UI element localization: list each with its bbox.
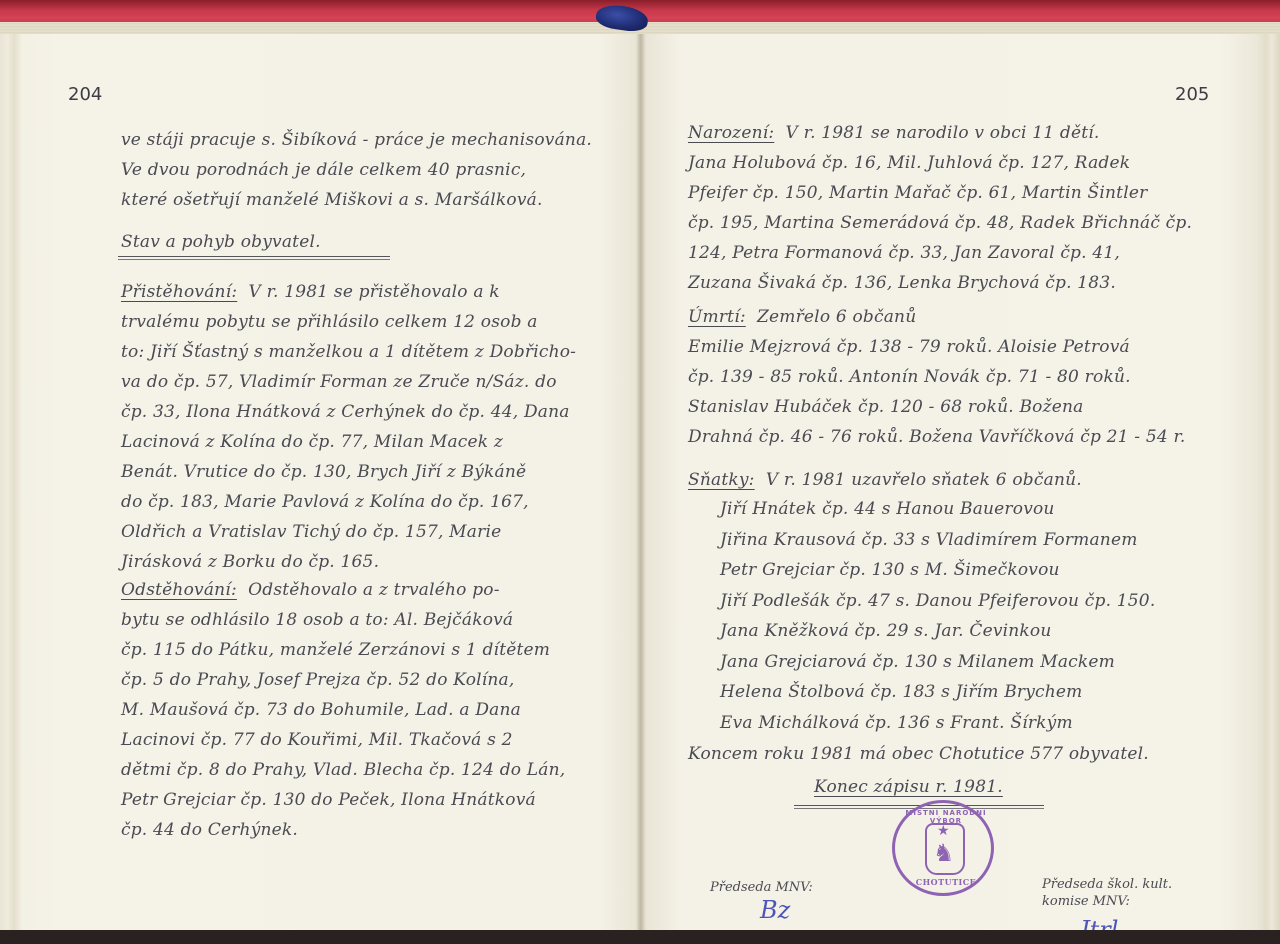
emigration-first-line: Odstěhování: Odstěhovalo a z trvalého po… bbox=[121, 575, 565, 605]
list-item: Jiřina Krausová čp. 33 s Vladimírem Form… bbox=[720, 525, 1155, 556]
right-page: 205 Narození: V r. 1981 se narodilo v ob… bbox=[640, 34, 1280, 932]
immigration-section: Přistěhování: V r. 1981 se přistěhovalo … bbox=[121, 277, 576, 577]
text-line: ve stáji pracuje s. Šibíková - práce je … bbox=[121, 125, 592, 155]
label-line: Předseda škol. kult. bbox=[1042, 876, 1172, 893]
section-title: Stav a pohyb obyvatel. bbox=[121, 227, 321, 257]
text-line: Jana Holubová čp. 16, Mil. Juhlová čp. 1… bbox=[688, 148, 1192, 178]
immigration-first-line: Přistěhování: V r. 1981 se přistěhovalo … bbox=[121, 277, 576, 307]
official-stamp: MÍSTNÍ NÁRODNÍ VÝBOR ★ ♞ CHOTUTICE bbox=[892, 800, 994, 896]
section-title-text: Stav a pohyb obyvatel. bbox=[121, 232, 321, 252]
book-gutter bbox=[636, 34, 646, 932]
text-line: čp. 139 - 85 roků. Antonín Novák čp. 71 … bbox=[688, 362, 1186, 392]
list-item: Jiří Hnátek čp. 44 s Hanou Bauerovou bbox=[720, 494, 1155, 525]
chair-signature: Bz bbox=[760, 896, 790, 924]
births-section: Narození: V r. 1981 se narodilo v obci 1… bbox=[688, 118, 1192, 298]
text-line: M. Maušová čp. 73 do Bohumile, Lad. a Da… bbox=[121, 695, 565, 725]
text-line: Zuzana Šivaká čp. 136, Lenka Brychová čp… bbox=[688, 268, 1192, 298]
star-icon: ★ bbox=[937, 823, 950, 839]
title-double-underline bbox=[118, 256, 390, 260]
marriages-heading: Sňatky: bbox=[688, 470, 755, 490]
label-line: komise MNV: bbox=[1042, 893, 1172, 910]
text-line: va do čp. 57, Vladimír Forman ze Zruče n… bbox=[121, 367, 576, 397]
marriages-list: Jiří Hnátek čp. 44 s Hanou Bauerovou Jiř… bbox=[720, 494, 1155, 738]
commission-signature-label: Předseda škol. kult. komise MNV: bbox=[1042, 876, 1172, 910]
text-line: které ošetřují manželé Miškovi a s. Marš… bbox=[121, 185, 592, 215]
text-line: bytu se odhlásilo 18 osob a to: Al. Bejč… bbox=[121, 605, 565, 635]
text-line: Benát. Vrutice do čp. 130, Brych Jiří z … bbox=[121, 457, 576, 487]
text-line: čp. 44 do Cerhýnek. bbox=[121, 815, 565, 845]
page-number: 205 bbox=[1175, 84, 1209, 105]
text-line: V r. 1981 se narodilo v obci 11 dětí. bbox=[786, 123, 1100, 143]
text-line: čp. 195, Martina Semerádová čp. 48, Rade… bbox=[688, 208, 1192, 238]
end-of-record-title: Konec zápisu r. 1981. bbox=[814, 772, 1003, 802]
text-line: Odstěhovalo a z trvalého po- bbox=[248, 580, 500, 600]
text-line: čp. 33, Ilona Hnátková z Cerhýnek do čp.… bbox=[121, 397, 576, 427]
list-item: Petr Grejciar čp. 130 s M. Šimečkovou bbox=[720, 555, 1155, 586]
immigration-heading: Přistěhování: bbox=[121, 282, 237, 302]
text-line: Ve dvou porodnách je dále celkem 40 pras… bbox=[121, 155, 592, 185]
text-line: Petr Grejciar čp. 130 do Peček, Ilona Hn… bbox=[121, 785, 565, 815]
list-item: Jana Kněžková čp. 29 s. Jar. Čevinkou bbox=[720, 616, 1155, 647]
text-line: Stanislav Hubáček čp. 120 - 68 roků. Bož… bbox=[688, 392, 1186, 422]
list-item: Jana Grejciarová čp. 130 s Milanem Macke… bbox=[720, 647, 1155, 678]
births-first-line: Narození: V r. 1981 se narodilo v obci 1… bbox=[688, 118, 1192, 148]
marriages-first-line: Sňatky: V r. 1981 uzavřelo sňatek 6 obča… bbox=[688, 465, 1082, 495]
list-item: Helena Štolbová čp. 183 s Jiřím Brychem bbox=[720, 677, 1155, 708]
text-line: to: Jiří Šťastný s manželkou a 1 dítětem… bbox=[121, 337, 576, 367]
page-number: 204 bbox=[68, 84, 102, 105]
left-page: 204 ve stáji pracuje s. Šibíková - práce… bbox=[0, 34, 640, 932]
deaths-heading: Úmrtí: bbox=[688, 307, 746, 327]
list-item: Jiří Podlešák čp. 47 s. Danou Pfeiferovo… bbox=[720, 586, 1155, 617]
text-line: V r. 1981 se přistěhovalo a k bbox=[248, 282, 499, 302]
text-line: Emilie Mejzrová čp. 138 - 79 roků. Alois… bbox=[688, 332, 1186, 362]
lion-emblem-icon: ♞ bbox=[933, 839, 955, 867]
end-title-text: Konec zápisu r. 1981. bbox=[814, 777, 1003, 797]
stamp-text-bottom: CHOTUTICE bbox=[903, 877, 989, 887]
text-line: 124, Petra Formanová čp. 33, Jan Zavoral… bbox=[688, 238, 1192, 268]
text-line: čp. 115 do Pátku, manželé Zerzánovi s 1 … bbox=[121, 635, 565, 665]
intro-paragraph: ve stáji pracuje s. Šibíková - práce je … bbox=[121, 125, 592, 215]
book-bottom-shadow bbox=[0, 930, 1280, 944]
closing-statement: Koncem roku 1981 má obec Chotutice 577 o… bbox=[688, 739, 1149, 769]
deaths-first-line: Úmrtí: Zemřelo 6 občanů bbox=[688, 302, 1186, 332]
list-item: Eva Michálková čp. 136 s Frant. Šírkým bbox=[720, 708, 1155, 739]
text-line: Zemřelo 6 občanů bbox=[757, 307, 916, 327]
emigration-heading: Odstěhování: bbox=[121, 580, 237, 600]
chair-signature-label: Předseda MNV: bbox=[710, 879, 813, 896]
text-line: dětmi čp. 8 do Prahy, Vlad. Blecha čp. 1… bbox=[121, 755, 565, 785]
text-line: Lacinová z Kolína do čp. 77, Milan Macek… bbox=[121, 427, 576, 457]
text-line: do čp. 183, Marie Pavlová z Kolína do čp… bbox=[121, 487, 576, 517]
births-heading: Narození: bbox=[688, 123, 774, 143]
text-line: Lacinovi čp. 77 do Kouřimi, Mil. Tkačová… bbox=[121, 725, 565, 755]
text-line: Oldřich a Vratislav Tichý do čp. 157, Ma… bbox=[121, 517, 576, 547]
text-line: Jirásková z Borku do čp. 165. bbox=[121, 547, 576, 577]
text-line: Pfeifer čp. 150, Martin Mařač čp. 61, Ma… bbox=[688, 178, 1192, 208]
deaths-section: Úmrtí: Zemřelo 6 občanů Emilie Mejzrová … bbox=[688, 302, 1186, 452]
text-line: Drahná čp. 46 - 76 roků. Božena Vavříčko… bbox=[688, 422, 1186, 452]
text-line: trvalému pobytu se přihlásilo celkem 12 … bbox=[121, 307, 576, 337]
text-line: čp. 5 do Prahy, Josef Prejza čp. 52 do K… bbox=[121, 665, 565, 695]
marriages-section: Sňatky: V r. 1981 uzavřelo sňatek 6 obča… bbox=[688, 465, 1082, 495]
emigration-section: Odstěhování: Odstěhovalo a z trvalého po… bbox=[121, 575, 565, 845]
text-line: V r. 1981 uzavřelo sňatek 6 občanů. bbox=[766, 470, 1082, 490]
